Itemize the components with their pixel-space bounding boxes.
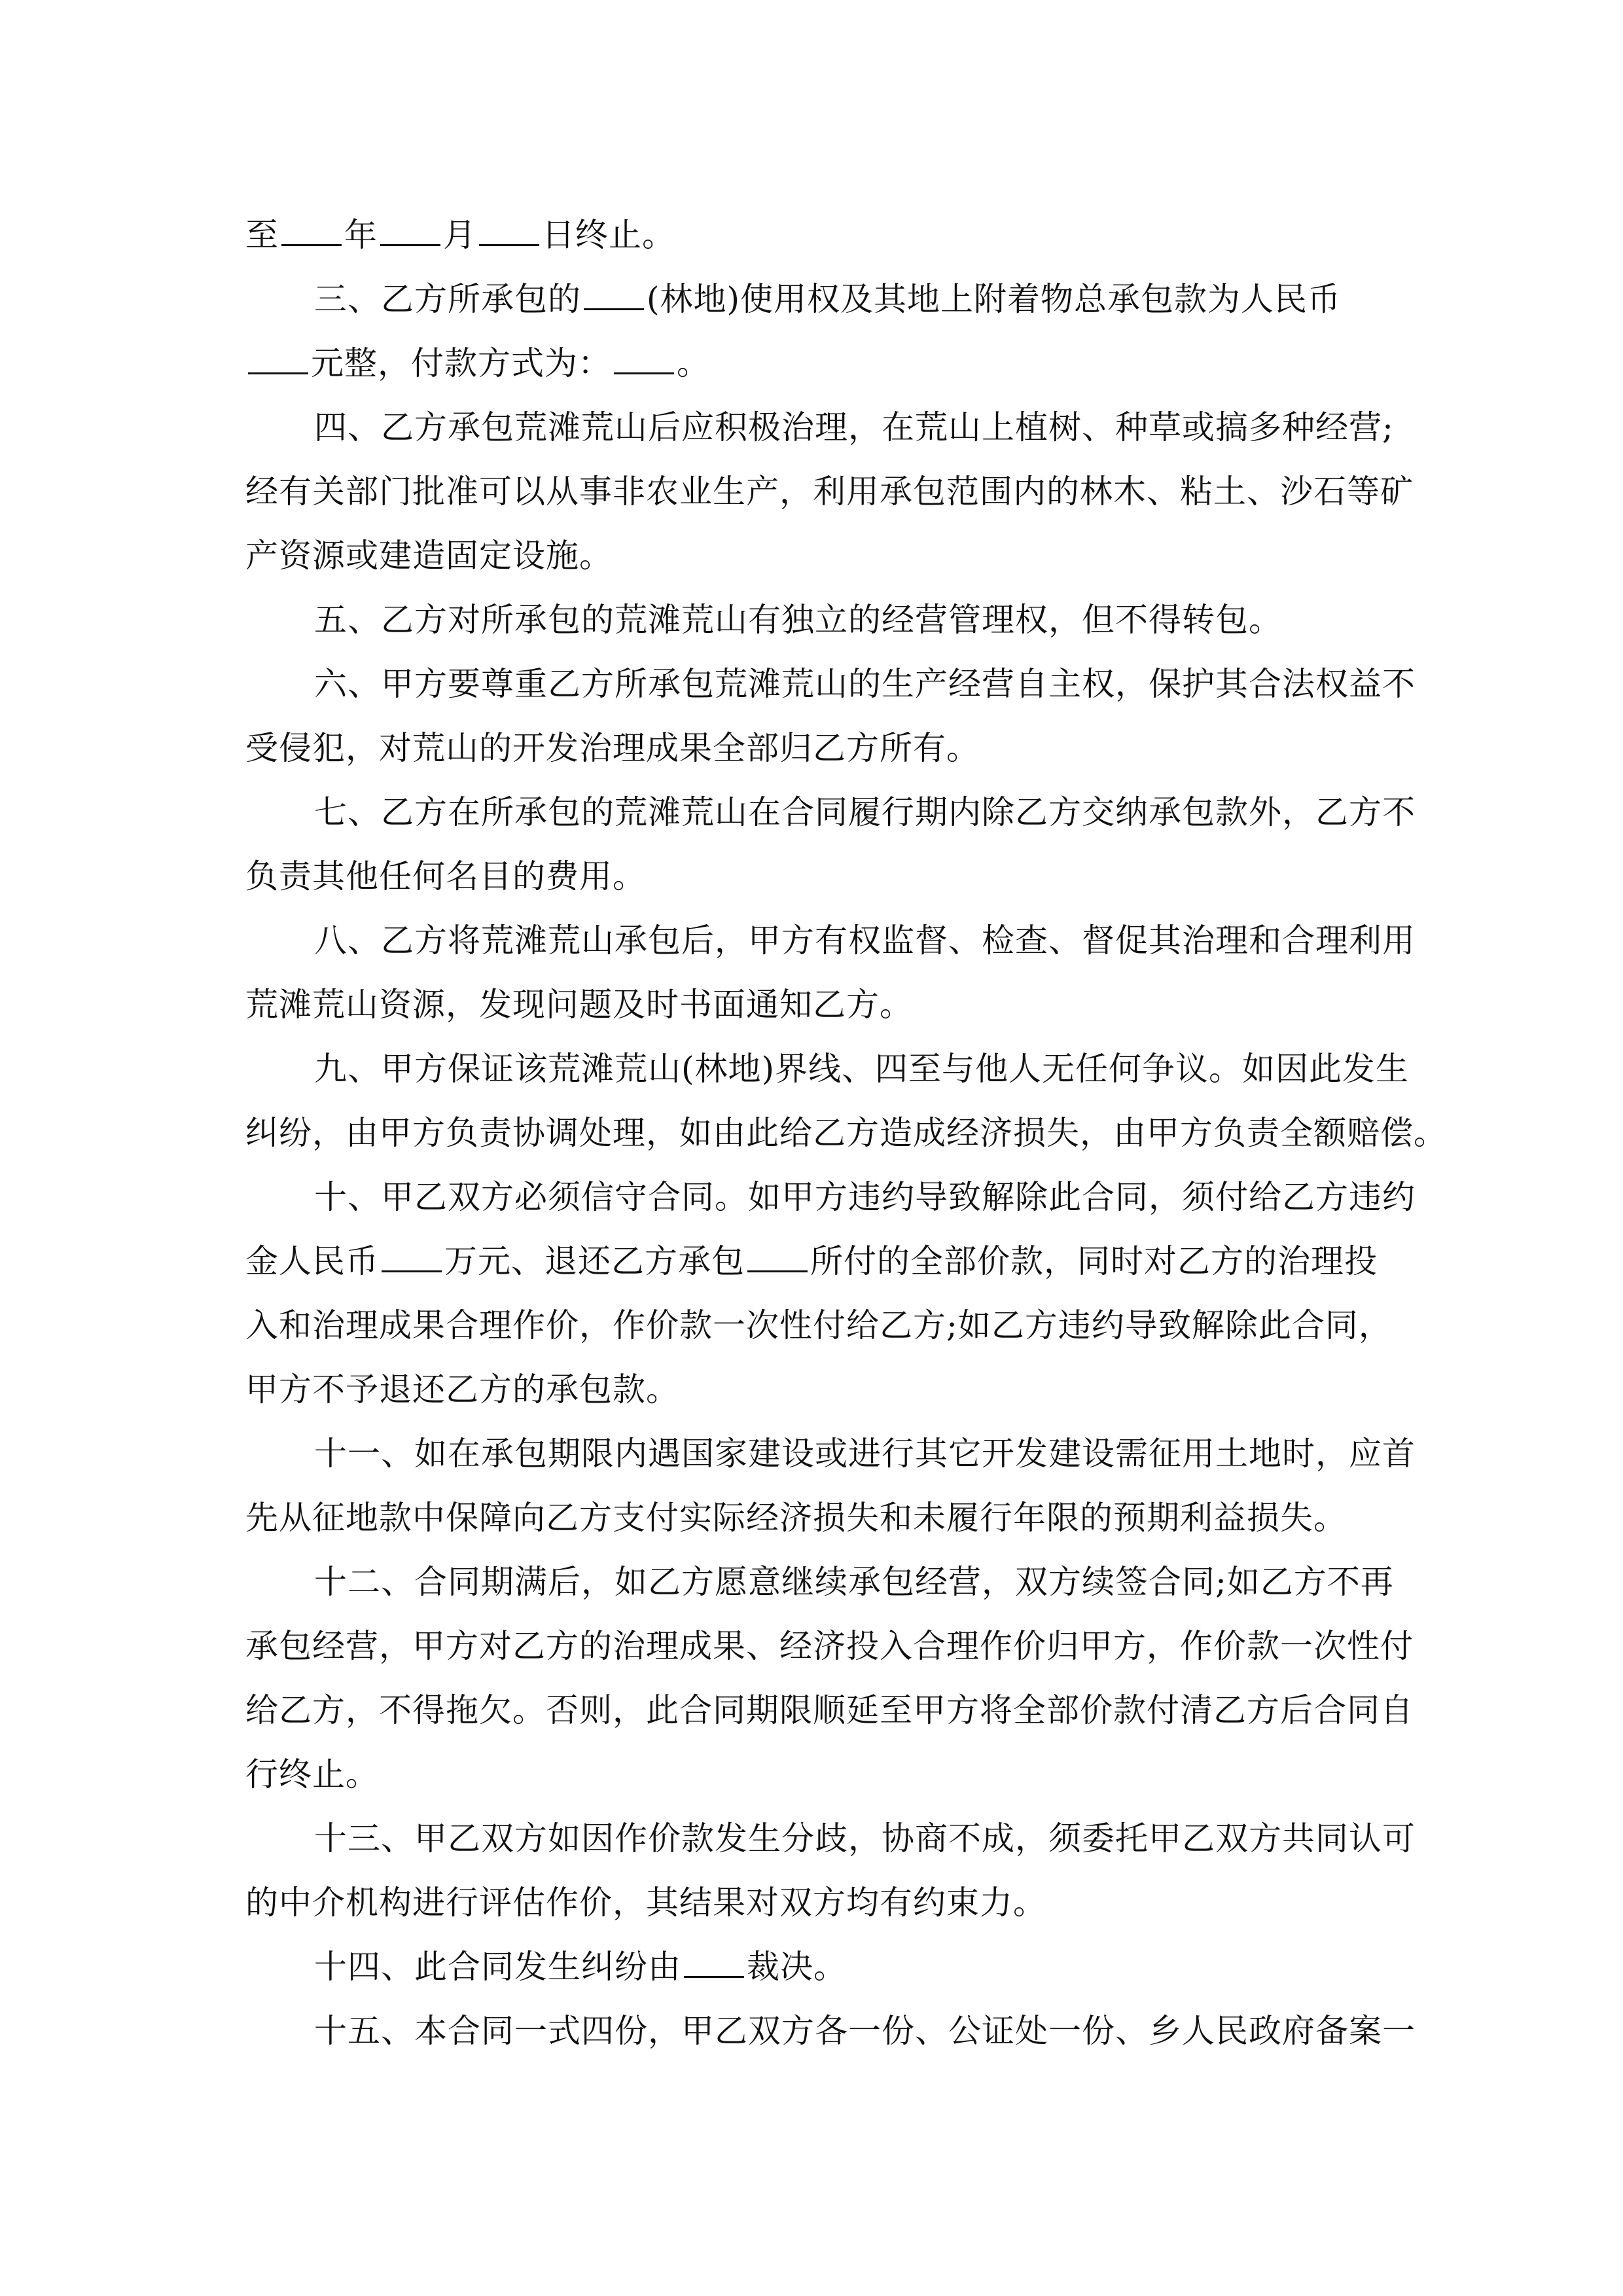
text-line: 四、乙方承包荒滩荒山后应积极治理，在荒山上植树、种草或搞多种经营;: [245, 395, 1378, 459]
text-line: 入和治理成果合理作价，作价款一次性付给乙方;如乙方违约导致解除此合同，: [245, 1293, 1378, 1357]
text-segment: 十一、如在承包期限内遇国家建设或进行其它开发建设需征用土地时，应首: [314, 1435, 1416, 1473]
text-segment: 。: [677, 344, 710, 382]
text-segment: 十四、此合同发生纠纷由: [314, 1948, 681, 1986]
paragraph-clause-11: 十一、如在承包期限内遇国家建设或进行其它开发建设需征用土地时，应首先从征地款中保…: [245, 1422, 1378, 1550]
text-segment: 金人民币: [245, 1242, 379, 1280]
text-line: 七、乙方在所承包的荒滩荒山在合同履行期内除乙方交纳承包款外，乙方不: [245, 780, 1378, 844]
text-segment: 三、乙方所承包的: [314, 280, 581, 318]
text-line: 金人民币万元、退还乙方承包所付的全部价款，同时对乙方的治理投: [245, 1229, 1378, 1293]
text-segment: (林地)使用权及其地上附着物总承包款为人民币: [647, 280, 1341, 318]
paragraph-clause-12: 十二、合同期满后，如乙方愿意继续承包经营，双方续签合同;如乙方不再承包经营，甲方…: [245, 1550, 1378, 1806]
text-segment: 八、乙方将荒滩荒山承包后，甲方有权监督、检查、督促其治理和合理利用: [314, 922, 1416, 960]
text-segment: 所付的全部价款，同时对乙方的治理投: [810, 1242, 1378, 1280]
paragraph-clause-14: 十四、此合同发生纠纷由裁决。: [245, 1935, 1378, 1999]
text-segment: 荒滩荒山资源，发现问题及时书面通知乙方。: [245, 986, 913, 1024]
text-segment: 万元、退还乙方承包: [444, 1242, 745, 1280]
text-line: 十三、甲乙双方如因作价款发生分歧，协商不成，须委托甲乙双方共同认可: [245, 1806, 1378, 1871]
fill-in-blank: [248, 346, 308, 374]
fill-in-blank: [380, 218, 440, 246]
text-line: 十四、此合同发生纠纷由裁决。: [245, 1935, 1378, 1999]
text-segment: 承包经营，甲方对乙方的治理成果、经济投入合理作价归甲方，作价款一次性付: [245, 1627, 1414, 1665]
paragraph-clause-6: 六、甲方要尊重乙方所承包荒滩荒山的生产经营自主权，保护其合法权益不受侵犯，对荒山…: [245, 652, 1378, 780]
text-line: 甲方不予退还乙方的承包款。: [245, 1357, 1378, 1422]
text-segment: 十二、合同期满后，如乙方愿意继续承包经营，双方续签合同;如乙方不再: [314, 1563, 1394, 1601]
fill-in-blank: [684, 1950, 744, 1978]
fill-in-blank: [614, 346, 674, 374]
paragraph-clause-8: 八、乙方将荒滩荒山承包后，甲方有权监督、检查、督促其治理和合理利用荒滩荒山资源，…: [245, 908, 1378, 1037]
text-segment: 十五、本合同一式四份，甲乙双方各一份、公证处一份、乡人民政府备案一: [314, 2012, 1416, 2050]
text-segment: 产资源或建造固定设施。: [245, 537, 613, 575]
paragraph-term-period-end: 至年月日终止。: [245, 203, 1378, 267]
paragraph-clause-9: 九、甲方保证该荒滩荒山(林地)界线、四至与他人无任何争议。如因此发生纠纷，由甲方…: [245, 1037, 1378, 1165]
paragraph-clause-10: 十、甲乙双方必须信守合同。如甲方违约导致解除此合同，须付给乙方违约金人民币万元、…: [245, 1165, 1378, 1422]
paragraph-clause-7: 七、乙方在所承包的荒滩荒山在合同履行期内除乙方交纳承包款外，乙方不负责其他任何名…: [245, 780, 1378, 908]
text-line: 的中介机构进行评估作价，其结果对双方均有约束力。: [245, 1871, 1378, 1935]
text-line: 九、甲方保证该荒滩荒山(林地)界线、四至与他人无任何争议。如因此发生: [245, 1037, 1378, 1101]
paragraph-clause-15: 十五、本合同一式四份，甲乙双方各一份、公证处一份、乡人民政府备案一: [245, 1999, 1378, 2063]
text-segment: 六、甲方要尊重乙方所承包荒滩荒山的生产经营自主权，保护其合法权益不: [314, 665, 1416, 703]
text-segment: 给乙方，不得拖欠。否则，此合同期限顺延至甲方将全部价款付清乙方后合同自: [245, 1691, 1414, 1729]
text-segment: 负责其他任何名目的费用。: [245, 857, 646, 895]
text-line: 三、乙方所承包的(林地)使用权及其地上附着物总承包款为人民币: [245, 267, 1378, 331]
text-line: 十一、如在承包期限内遇国家建设或进行其它开发建设需征用土地时，应首: [245, 1422, 1378, 1486]
text-segment: 先从征地款中保障向乙方支付实际经济损失和未履行年限的预期利益损失。: [245, 1499, 1347, 1537]
text-line: 十二、合同期满后，如乙方愿意继续承包经营，双方续签合同;如乙方不再: [245, 1550, 1378, 1614]
text-segment: 年: [344, 216, 378, 254]
fill-in-blank: [584, 282, 644, 310]
text-segment: 入和治理成果合理作价，作价款一次性付给乙方;如乙方违约导致解除此合同，: [245, 1306, 1392, 1344]
text-segment: 甲方不予退还乙方的承包款。: [245, 1371, 679, 1408]
fill-in-blank: [479, 218, 539, 246]
text-line: 纠纷，由甲方负责协调处理，如由此给乙方造成经济损失，由甲方负责全额赔偿。: [245, 1101, 1378, 1165]
text-segment: 裁决。: [747, 1948, 847, 1986]
text-line: 元整，付款方式为：。: [245, 331, 1378, 395]
text-line: 六、甲方要尊重乙方所承包荒滩荒山的生产经营自主权，保护其合法权益不: [245, 652, 1378, 716]
paragraph-clause-3: 三、乙方所承包的(林地)使用权及其地上附着物总承包款为人民币元整，付款方式为：。: [245, 267, 1378, 395]
text-line: 经有关部门批准可以从事非农业生产，利用承包范围内的林木、粘土、沙石等矿: [245, 459, 1378, 524]
text-segment: 十三、甲乙双方如因作价款发生分歧，协商不成，须委托甲乙双方共同认可: [314, 1820, 1416, 1857]
text-segment: 纠纷，由甲方负责协调处理，如由此给乙方造成经济损失，由甲方负责全额赔偿。: [245, 1114, 1447, 1152]
text-segment: 月: [443, 216, 476, 254]
text-line: 负责其他任何名目的费用。: [245, 844, 1378, 908]
text-segment: 受侵犯，对荒山的开发治理成果全部归乙方所有。: [245, 729, 980, 767]
paragraph-clause-13: 十三、甲乙双方如因作价款发生分歧，协商不成，须委托甲乙双方共同认可的中介机构进行…: [245, 1806, 1378, 1935]
text-line: 产资源或建造固定设施。: [245, 524, 1378, 588]
text-segment: 行终止。: [245, 1755, 379, 1793]
fill-in-blank: [382, 1244, 442, 1272]
text-segment: 至: [245, 216, 279, 254]
text-line: 八、乙方将荒滩荒山承包后，甲方有权监督、检查、督促其治理和合理利用: [245, 908, 1378, 973]
fill-in-blank: [281, 218, 342, 246]
fill-in-blank: [747, 1244, 808, 1272]
text-line: 至年月日终止。: [245, 203, 1378, 267]
text-line: 行终止。: [245, 1742, 1378, 1806]
document-page: 至年月日终止。三、乙方所承包的(林地)使用权及其地上附着物总承包款为人民币元整，…: [245, 203, 1378, 2063]
text-segment: 七、乙方在所承包的荒滩荒山在合同履行期内除乙方交纳承包款外，乙方不: [314, 793, 1416, 831]
text-line: 给乙方，不得拖欠。否则，此合同期限顺延至甲方将全部价款付清乙方后合同自: [245, 1678, 1378, 1742]
text-segment: 十、甲乙双方必须信守合同。如甲方违约导致解除此合同，须付给乙方违约: [314, 1178, 1416, 1216]
text-line: 承包经营，甲方对乙方的治理成果、经济投入合理作价归甲方，作价款一次性付: [245, 1614, 1378, 1678]
text-segment: 元整，付款方式为：: [311, 344, 611, 382]
text-line: 受侵犯，对荒山的开发治理成果全部归乙方所有。: [245, 716, 1378, 780]
text-line: 先从征地款中保障向乙方支付实际经济损失和未履行年限的预期利益损失。: [245, 1486, 1378, 1550]
text-segment: 九、甲方保证该荒滩荒山(林地)界线、四至与他人无任何争议。如因此发生: [314, 1050, 1409, 1088]
text-segment: 日终止。: [542, 216, 675, 254]
text-segment: 五、乙方对所承包的荒滩荒山有独立的经营管理权，但不得转包。: [314, 601, 1282, 639]
text-line: 五、乙方对所承包的荒滩荒山有独立的经营管理权，但不得转包。: [245, 588, 1378, 652]
text-segment: 四、乙方承包荒滩荒山后应积极治理，在荒山上植树、种草或搞多种经营;: [314, 408, 1394, 446]
text-line: 荒滩荒山资源，发现问题及时书面通知乙方。: [245, 973, 1378, 1037]
text-line: 十、甲乙双方必须信守合同。如甲方违约导致解除此合同，须付给乙方违约: [245, 1165, 1378, 1229]
paragraph-clause-4: 四、乙方承包荒滩荒山后应积极治理，在荒山上植树、种草或搞多种经营;经有关部门批准…: [245, 395, 1378, 588]
text-segment: 经有关部门批准可以从事非农业生产，利用承包范围内的林木、粘土、沙石等矿: [245, 473, 1414, 511]
paragraph-clause-5: 五、乙方对所承包的荒滩荒山有独立的经营管理权，但不得转包。: [245, 588, 1378, 652]
text-line: 十五、本合同一式四份，甲乙双方各一份、公证处一份、乡人民政府备案一: [245, 1999, 1378, 2063]
text-segment: 的中介机构进行评估作价，其结果对双方均有约束力。: [245, 1884, 1046, 1922]
